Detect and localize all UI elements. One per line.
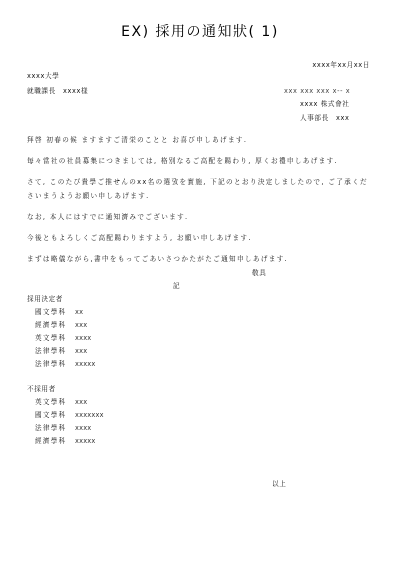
sender-company: xxxx 株式會社 xyxy=(300,101,349,108)
sender-person: 人事部長 xxx xyxy=(300,115,349,122)
body-paragraph-greeting: 拜啓 初春の候 ますますご清栄のことと お喜び申しあげます. xyxy=(27,137,247,144)
accepted-dept: 法律學科 xyxy=(35,361,67,368)
body-paragraph-request: 今後ともよろしくご高配賜わりますよう, お願い申しあげます. xyxy=(27,235,252,242)
accepted-dept: 經濟學科 xyxy=(35,322,67,329)
accepted-dept: 國文學科 xyxy=(35,309,67,316)
accepted-name: xxxxx xyxy=(75,361,96,368)
end-ijou: 以上 xyxy=(272,481,286,488)
accepted-name: xxx xyxy=(75,348,87,355)
rejected-name: xxxx xyxy=(75,425,91,432)
body-paragraph-notified: なお, 本人にはすでに通知濟みでございます. xyxy=(27,214,188,221)
body-paragraph-thanks: 毎々當社の社員募集につきましては, 格別なるご高配を賜わり, 厚くお禮申しあげま… xyxy=(27,158,338,165)
accepted-name: xxxx xyxy=(75,335,91,342)
rejected-name: xxxxxxx xyxy=(75,412,104,419)
recipient-addressee: 就職課長 xxxx様 xyxy=(27,88,88,95)
accepted-heading: 採用決定者 xyxy=(27,296,63,303)
accepted-name: xx xyxy=(75,309,83,316)
closing-keigu: 敬具 xyxy=(252,270,266,277)
rejected-dept: 英文學科 xyxy=(35,399,67,406)
body-paragraph-decision-line2: さいまうようお願い申しあげます. xyxy=(27,193,150,200)
body-paragraph-decision-line1: さて, このたび貴學ご推せんのxx名の選攷を實施, 下記のとおり決定しましたので… xyxy=(27,179,368,186)
accepted-dept: 英文學科 xyxy=(35,335,67,342)
accepted-name: xxx xyxy=(75,322,87,329)
rejected-name: xxx xyxy=(75,399,87,406)
sender-address: xxx xxx xxx x-- x xyxy=(284,88,350,95)
rejected-dept: 國文學科 xyxy=(35,412,67,419)
document-title: EX) 採用の通知狀( 1) xyxy=(0,25,400,39)
ki-marker: 記 xyxy=(173,283,180,290)
recipient-university: xxxx大學 xyxy=(27,73,59,80)
rejected-name: xxxxx xyxy=(75,438,96,445)
accepted-dept: 法律學科 xyxy=(35,348,67,355)
letter-date: xxxx年xx月xx日 xyxy=(312,62,370,69)
body-paragraph-closing: まずは略儀ながら,書中をもってごあいさつかたがたご通知申しあげます. xyxy=(27,256,288,263)
rejected-dept: 法律學科 xyxy=(35,425,67,432)
rejected-heading: 不採用者 xyxy=(27,386,56,393)
rejected-dept: 經濟學科 xyxy=(35,438,67,445)
